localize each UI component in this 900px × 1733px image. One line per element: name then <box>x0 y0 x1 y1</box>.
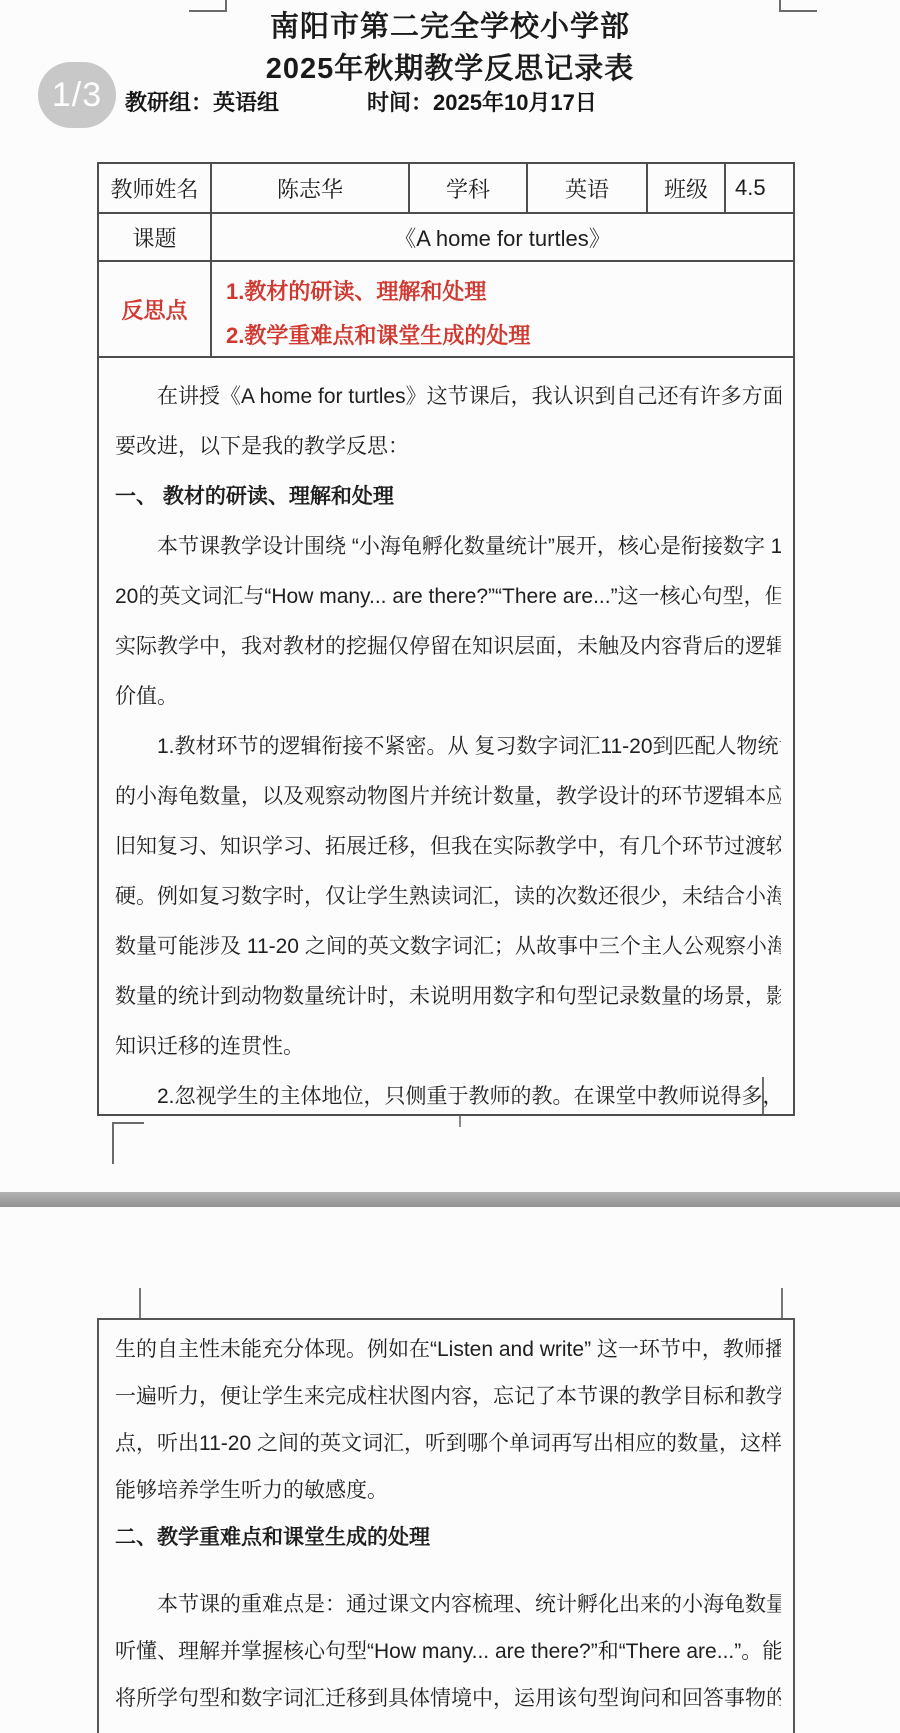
teaching-group-field: 教研组：英语组 <box>125 90 279 115</box>
text-boundary-line-left <box>139 1288 141 1319</box>
topic-label: 课题 <box>99 214 212 260</box>
document-meta-row: 教研组：英语组时间：2025年10月17日 <box>125 86 597 117</box>
body-text-line: 1.教材环节的逻辑衔接不紧密。从 复习数字词汇11-20到匹配人物统计 <box>115 722 781 772</box>
body-text-line: 听懂、理解并掌握核心句型“How many... are there?”和“Th… <box>115 1628 781 1675</box>
body-text-line: 一遍听力，便让学生来完成柱状图内容，忘记了本节课的教学目标和教学重 <box>115 1373 781 1420</box>
table-row: 教师姓名 陈志华 学科 英语 班级 4.5 <box>99 164 793 214</box>
reflection-body-page-1: 在讲授《A home for turtles》这节课后，我认识到自己还有许多方面… <box>99 358 793 1114</box>
body-text-line: 二、教学重难点和课堂生成的处理 <box>115 1514 781 1561</box>
body-text-line: 20的英文词汇与“How many... are there?”“There a… <box>115 572 781 622</box>
table-row: 课题 《A home for turtles》 <box>99 214 793 262</box>
body-text-line: 要改进，以下是我的教学反思： <box>115 422 781 472</box>
body-text-line: 旧知复习、知识学习、拓展迁移，但我在实际教学中，有几个环节过渡较生 <box>115 822 781 872</box>
body-text-line: 在讲授《A home for turtles》这节课后，我认识到自己还有许多方面… <box>115 372 781 422</box>
body-text-line: 的小海龟数量，以及观察动物图片并统计数量，教学设计的环节逻辑本应是 <box>115 772 781 822</box>
body-text-line: 知识迁移的连贯性。 <box>115 1022 781 1072</box>
text-boundary-line-right <box>762 1077 764 1114</box>
page-break-divider <box>0 1192 900 1208</box>
reflection-point-line: 2.教学重难点和课堂生成的处理 <box>226 314 793 356</box>
body-text-line: 数量的统计到动物数量统计时，未说明用数字和句型记录数量的场景，影响 <box>115 972 781 1022</box>
body-text-line: 本节课的重难点是：通过课文内容梳理、统计孵化出来的小海龟数量。 <box>115 1581 781 1628</box>
reflection-info-table: 教师姓名 陈志华 学科 英语 班级 4.5 课题 《A home for tur… <box>97 162 795 1116</box>
body-text-line: 点，听出11-20 之间的英文词汇，听到哪个单词再写出相应的数量，这样也 <box>115 1420 781 1467</box>
body-text-line: 本节课教学设计围绕 “小海龟孵化数量统计”展开，核心是衔接数字 11- <box>115 522 781 572</box>
body-text-line: 将所学句型和数字词汇迁移到具体情境中，运用该句型询问和回答事物的数 <box>115 1675 781 1722</box>
reflection-points-list: 1.教材的研读、理解和处理2.教学重难点和课堂生成的处理 <box>212 262 793 356</box>
page-bottom-center-tick <box>459 1116 461 1127</box>
text-boundary-corner-bottom-left <box>112 1122 144 1164</box>
document-page-2: 生的自主性未能充分体现。例如在“Listen and write” 这一环节中，… <box>0 1207 900 1733</box>
document-title-line-2: 2025年秋期教学反思记录表 <box>0 48 900 90</box>
reflection-point-line: 1.教材的研读、理解和处理 <box>226 270 793 314</box>
reflection-table-continued: 生的自主性未能充分体现。例如在“Listen and write” 这一环节中，… <box>97 1318 795 1733</box>
teacher-name-label: 教师姓名 <box>99 164 212 212</box>
subject-value: 英语 <box>528 164 648 212</box>
class-label: 班级 <box>648 164 726 212</box>
table-row: 在讲授《A home for turtles》这节课后，我认识到自己还有许多方面… <box>99 358 793 1114</box>
document-page-1: 1/3 南阳市第二完全学校小学部 2025年秋期教学反思记录表 教研组：英语组时… <box>0 0 900 1192</box>
body-text-line: 能够培养学生听力的敏感度。 <box>115 1467 781 1514</box>
reflection-points-label: 反思点 <box>99 262 212 356</box>
reflection-body-page-2: 生的自主性未能充分体现。例如在“Listen and write” 这一环节中，… <box>99 1320 793 1722</box>
body-text-line: 2.忽视学生的主体地位，只侧重于教师的教。在课堂中教师说得多，学 <box>115 1072 781 1114</box>
class-value: 4.5 <box>726 164 793 212</box>
table-row: 反思点 1.教材的研读、理解和处理2.教学重难点和课堂生成的处理 <box>99 262 793 358</box>
body-text-line: 数量可能涉及 11-20 之间的英文数字词汇；从故事中三个主人公观察小海龟 <box>115 922 781 972</box>
date-field: 时间：2025年10月17日 <box>367 90 597 115</box>
topic-value: 《A home for turtles》 <box>212 214 793 260</box>
document-title-line-1: 南阳市第二完全学校小学部 <box>0 6 900 48</box>
teacher-name-value: 陈志华 <box>212 164 410 212</box>
body-text-line: 生的自主性未能充分体现。例如在“Listen and write” 这一环节中，… <box>115 1326 781 1373</box>
document-title: 南阳市第二完全学校小学部 2025年秋期教学反思记录表 <box>0 6 900 90</box>
body-text-line: 硬。例如复习数字时，仅让学生熟读词汇，读的次数还很少，未结合小海龟 <box>115 872 781 922</box>
body-text-line: 价值。 <box>115 672 781 722</box>
subject-label: 学科 <box>410 164 528 212</box>
text-boundary-line-right <box>781 1288 783 1319</box>
body-text-line: 一、 教材的研读、理解和处理 <box>115 472 781 522</box>
body-text-line: 实际教学中，我对教材的挖掘仅停留在知识层面，未触及内容背后的逻辑与 <box>115 622 781 672</box>
